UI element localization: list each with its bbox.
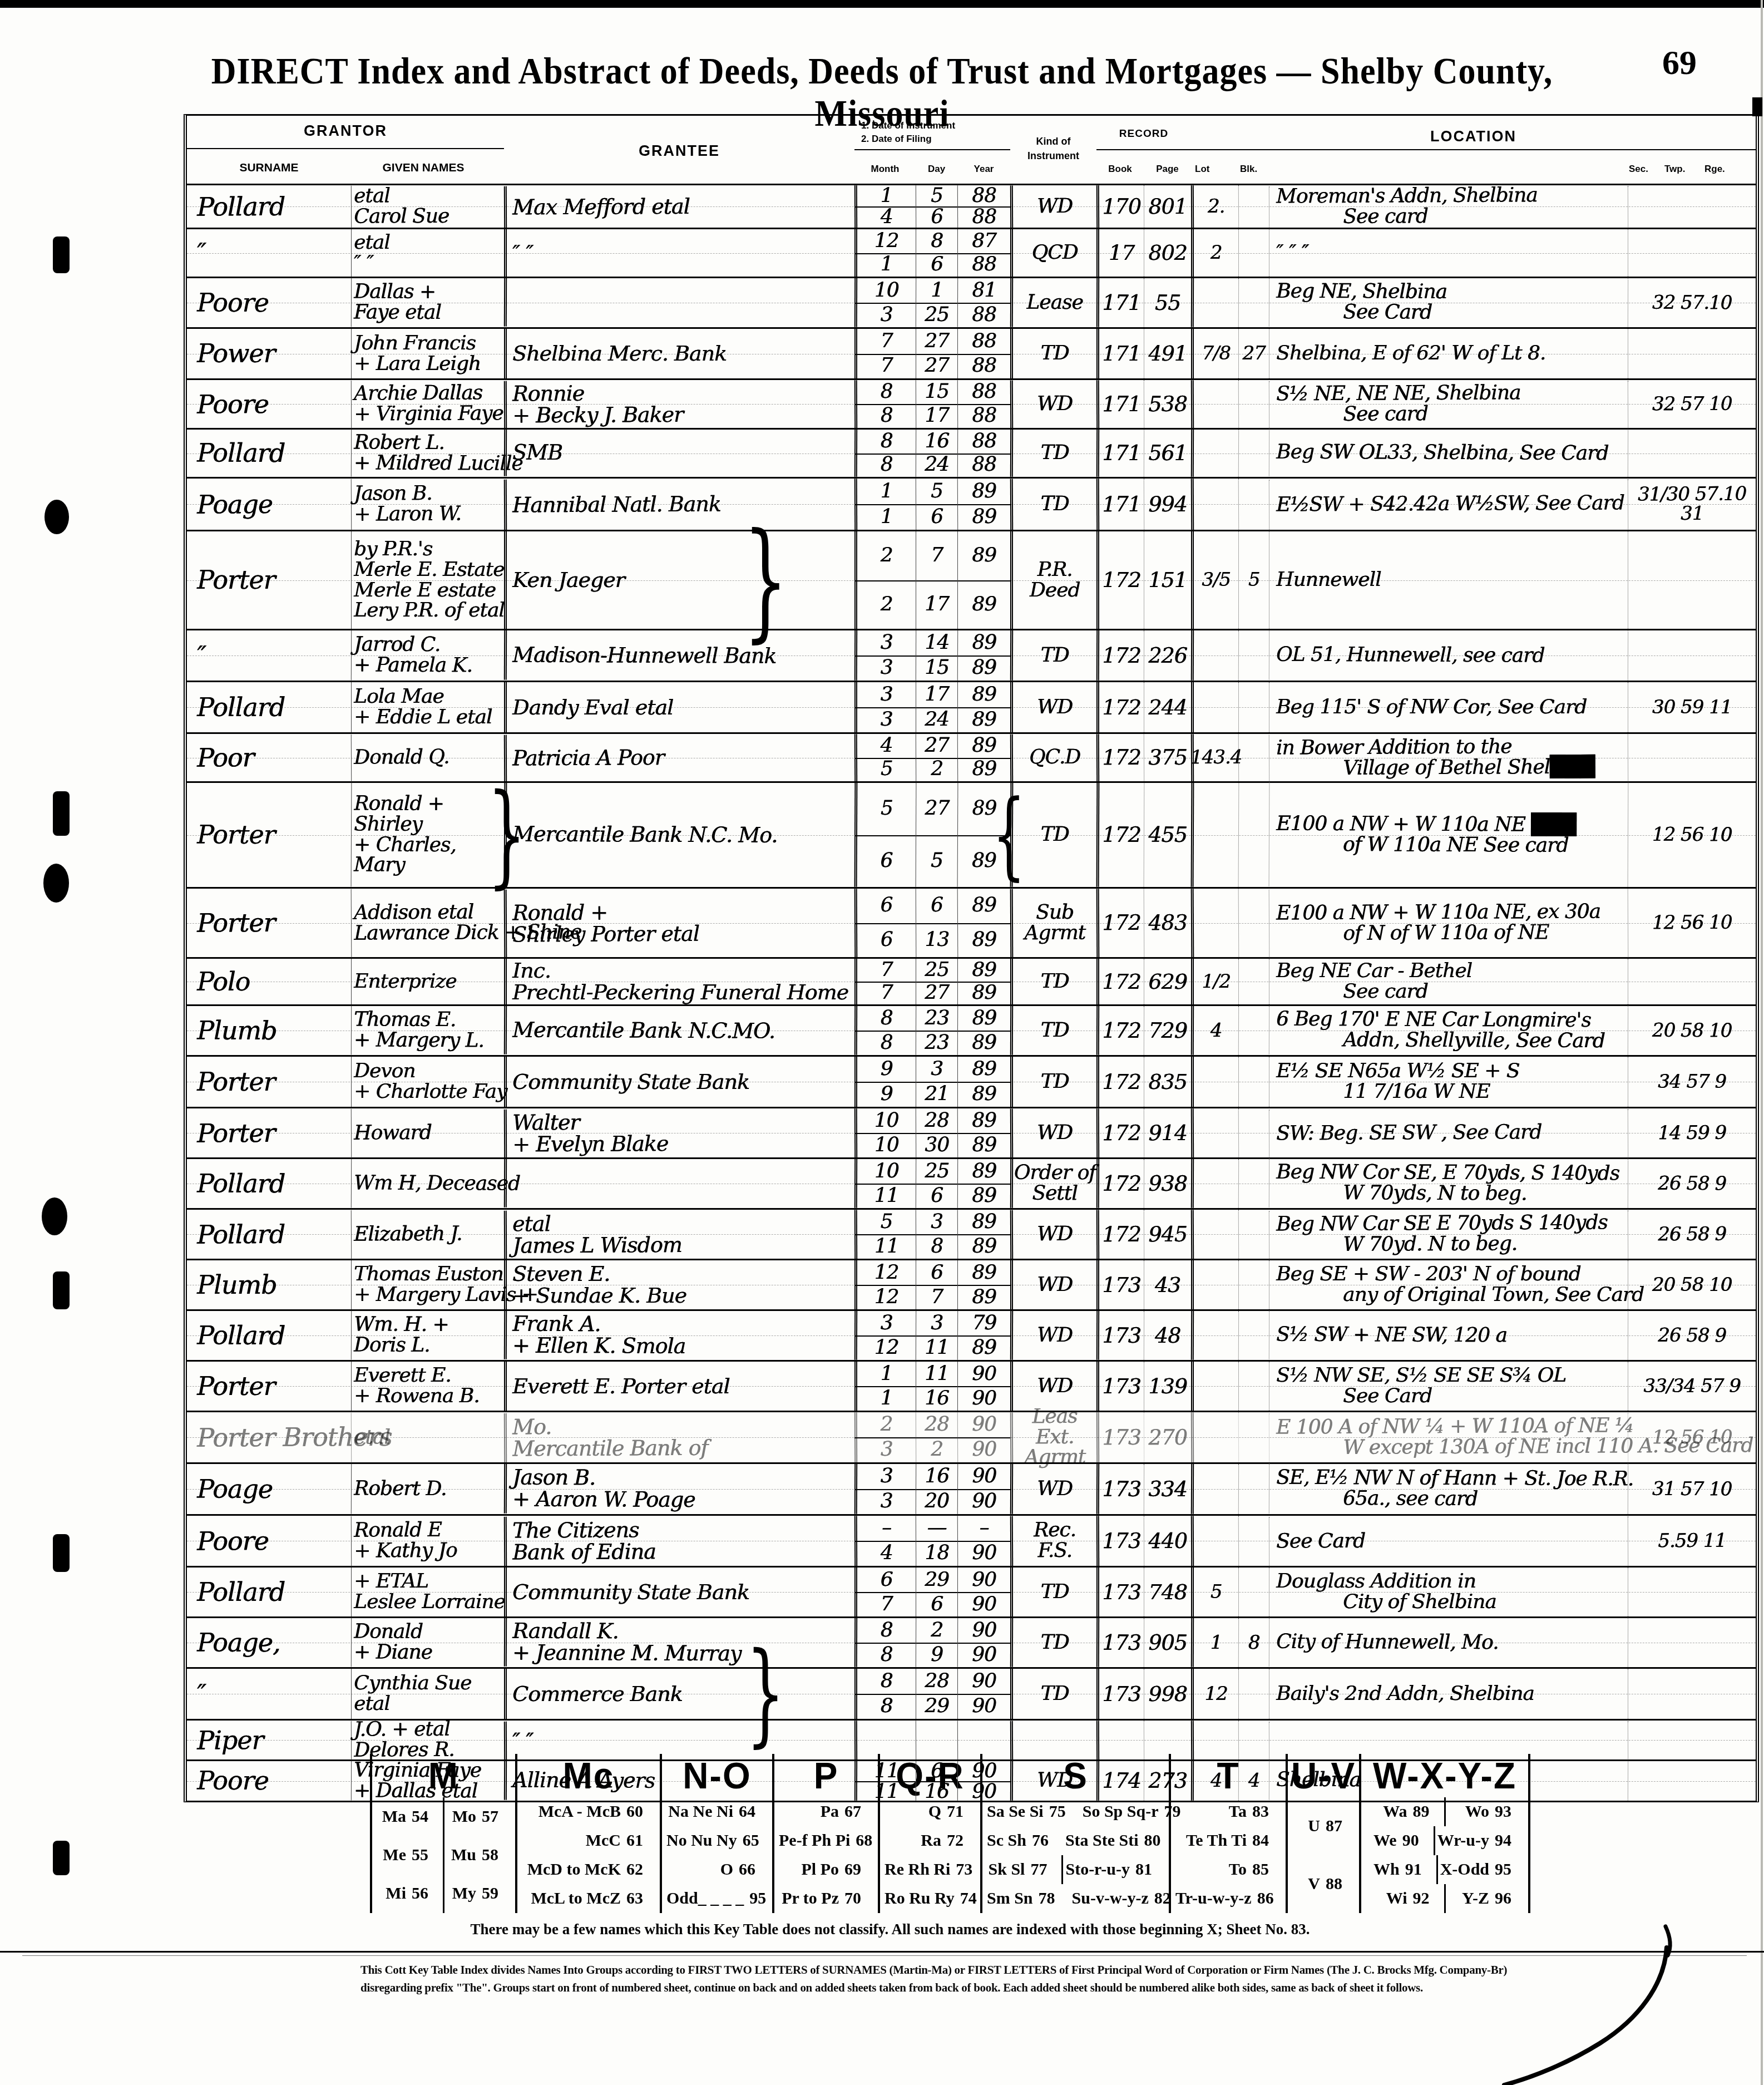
scanned-ledger-page: DIRECT Index and Abstract of Deeds, Deed… — [0, 0, 1764, 2085]
handwritten-swoosh — [0, 0, 1764, 2085]
